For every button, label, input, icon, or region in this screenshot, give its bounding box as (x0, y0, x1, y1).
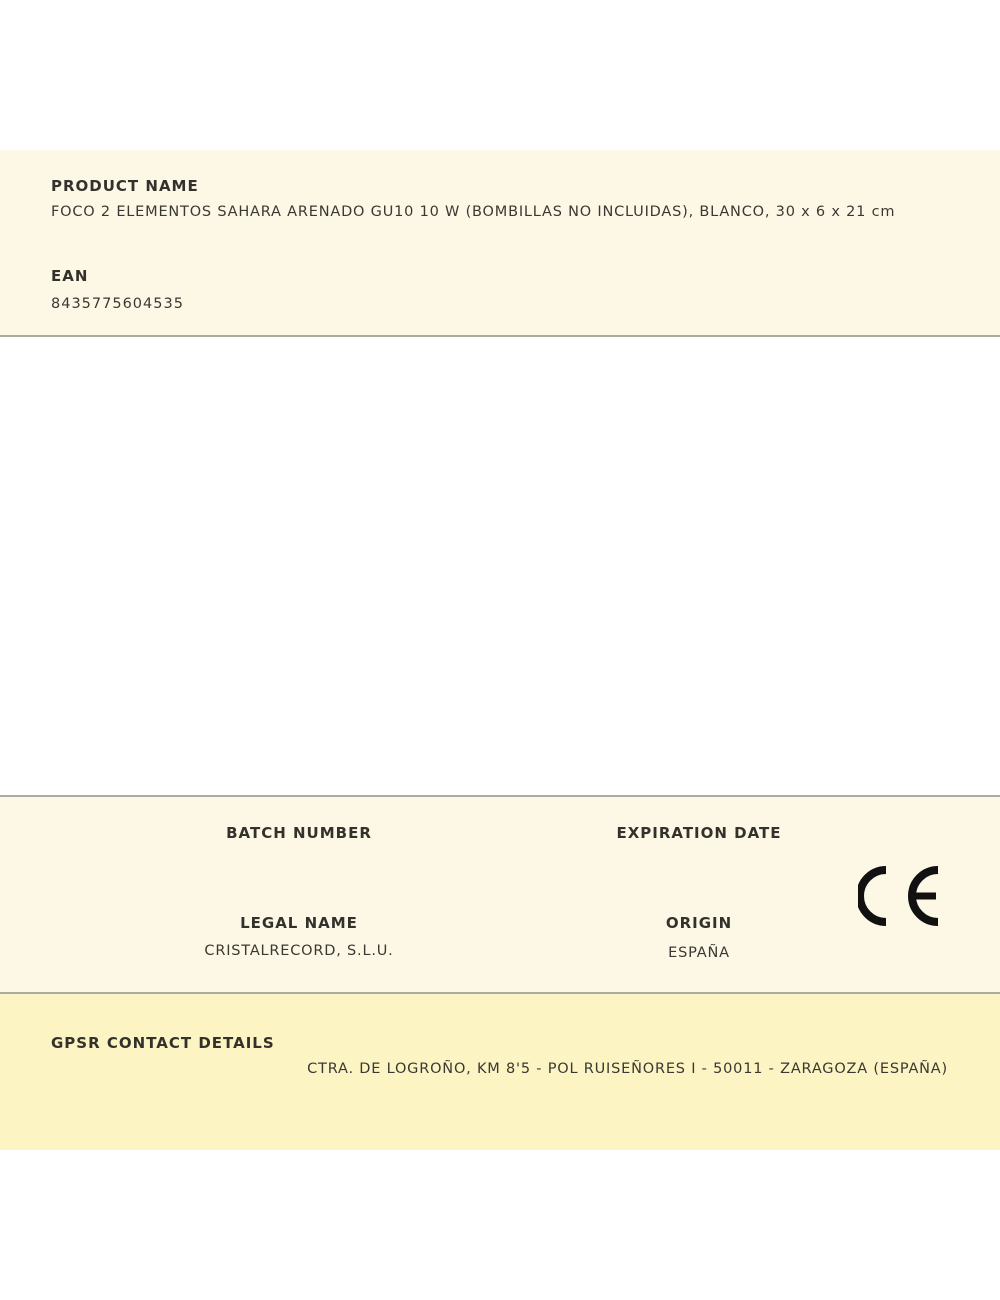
origin-value: ESPAÑA (668, 945, 730, 961)
product-name-label: PRODUCT NAME (51, 177, 199, 195)
product-info-section: PRODUCT NAME FOCO 2 ELEMENTOS SAHARA ARE… (0, 150, 1000, 337)
origin-label: ORIGIN (666, 914, 732, 932)
legal-name-label: LEGAL NAME (240, 914, 358, 932)
ce-mark-icon (858, 866, 942, 926)
batch-number-label: BATCH NUMBER (226, 824, 372, 842)
ean-label: EAN (51, 267, 88, 285)
product-name-value: FOCO 2 ELEMENTOS SAHARA ARENADO GU10 10 … (51, 204, 895, 220)
legal-name-value: CRISTALRECORD, S.L.U. (204, 943, 393, 959)
gpsr-contact-label: GPSR CONTACT DETAILS (51, 1034, 275, 1052)
expiration-date-label: EXPIRATION DATE (616, 824, 781, 842)
gpsr-contact-section: GPSR CONTACT DETAILS CTRA. DE LOGROÑO, K… (0, 994, 1000, 1150)
ean-value: 8435775604535 (51, 296, 184, 312)
product-details-section: BATCH NUMBER EXPIRATION DATE LEGAL NAME … (0, 795, 1000, 994)
gpsr-contact-address: CTRA. DE LOGROÑO, KM 8'5 - POL RUISEÑORE… (307, 1061, 948, 1077)
